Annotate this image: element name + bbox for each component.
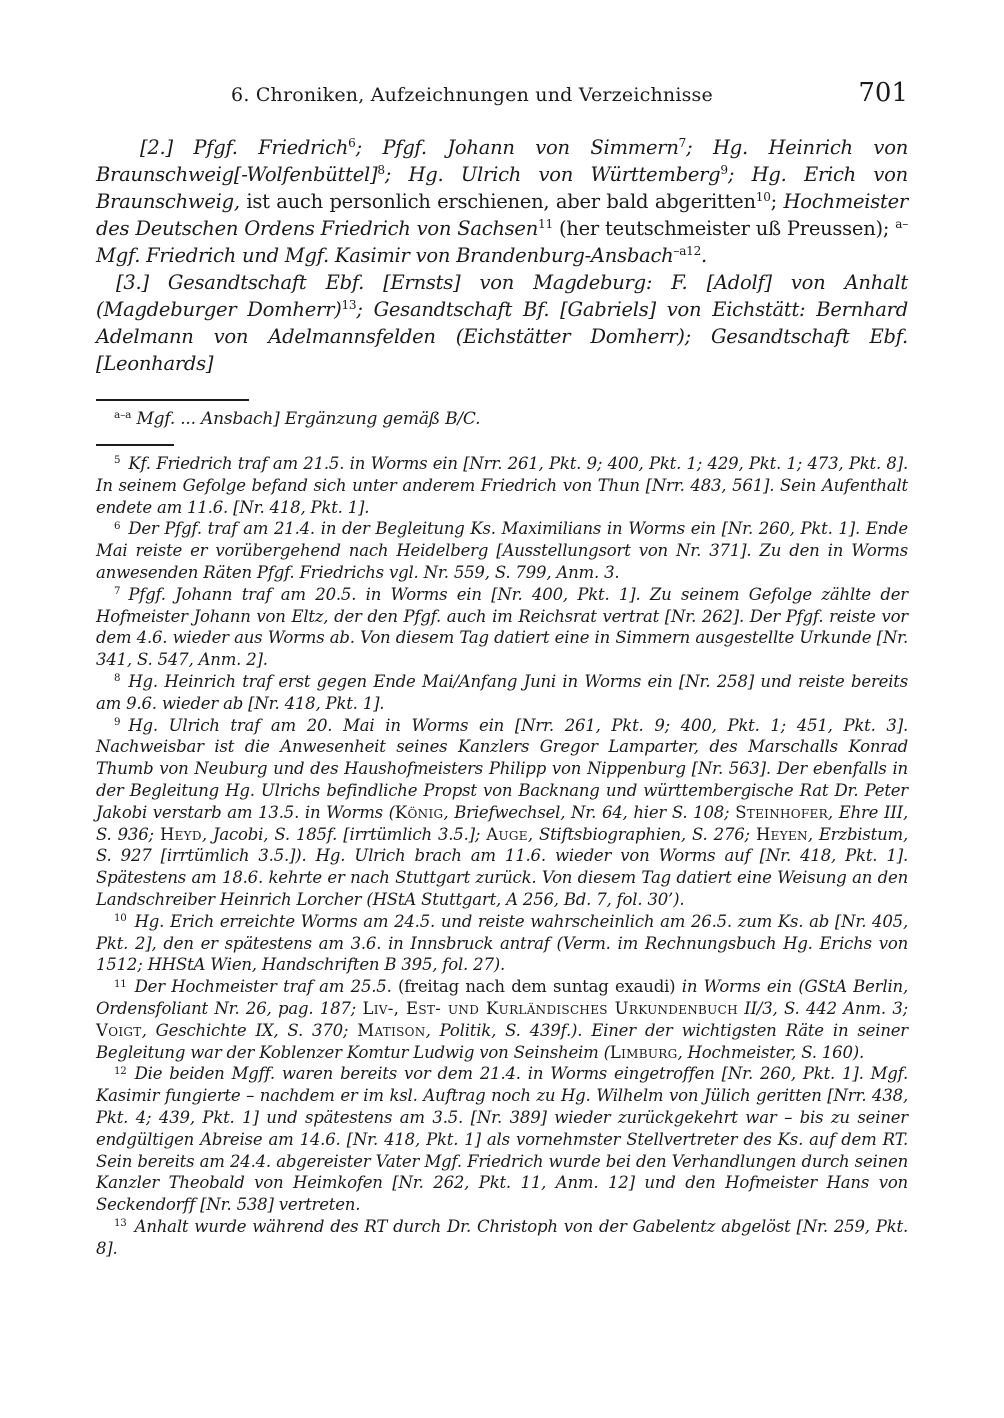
footnote-7: 7Pfgf. Johann traf am 20.5. in Worms ein…	[96, 584, 908, 671]
footnote-text: Hg. Ulrich traf am 20. Mai in Worms ein …	[96, 716, 908, 909]
footnote-marker-10: 10	[114, 913, 127, 924]
footnote-10: 10Hg. Erich erreichte Worms am 24.5. und…	[96, 911, 908, 976]
paragraph-3: [3.] Gesandtschaft Ebf. [Ernsts] von Mag…	[96, 269, 908, 377]
footnote-text: Hg. Erich erreichte Worms am 24.5. und r…	[96, 912, 908, 975]
footnote-12: 12Die beiden Mgff. waren bereits vor dem…	[96, 1063, 908, 1216]
footnote-marker-9: 9	[114, 717, 120, 728]
footnote-marker-7: 7	[114, 586, 120, 597]
footnote-marker-5: 5	[114, 455, 120, 466]
footnote-text: Kf. Friedrich traf am 21.5. in Worms ein…	[96, 454, 908, 517]
paragraph-2: [2.] Pfgf. Friedrich6; Pfgf. Johann von …	[96, 134, 908, 269]
book-page: 6. Chroniken, Aufzeichnungen und Verzeic…	[0, 0, 1004, 1418]
footnote-text: Hg. Heinrich traf erst gegen Ende Mai/An…	[96, 672, 908, 713]
footnote-6: 6Der Pfgf. traf am 21.4. in der Begleitu…	[96, 518, 908, 583]
main-text: [2.] Pfgf. Friedrich6; Pfgf. Johann von …	[96, 134, 908, 377]
footnote-rule	[96, 444, 174, 446]
apparatus-section: a–a Mgf. ... Ansbach] Ergänzung gemäß B/…	[96, 399, 908, 430]
footnote-text: Die beiden Mgff. waren bereits vor dem 2…	[96, 1064, 908, 1214]
footnote-text: Der Pfgf. traf am 21.4. in der Begleitun…	[96, 519, 908, 582]
footnote-8: 8Hg. Heinrich traf erst gegen Ende Mai/A…	[96, 671, 908, 715]
page-number: 701	[858, 78, 908, 108]
apparatus-rule	[96, 399, 249, 401]
footnote-marker-6: 6	[114, 521, 120, 532]
footnote-text: Pfgf. Johann traf am 20.5. in Worms ein …	[96, 585, 908, 669]
footnote-marker-8: 8	[114, 673, 120, 684]
running-head-title: 6. Chroniken, Aufzeichnungen und Verzeic…	[96, 84, 908, 106]
footnote-text: Anhalt wurde während des RT durch Dr. Ch…	[96, 1217, 908, 1258]
footnotes-section: 5Kf. Friedrich traf am 21.5. in Worms ei…	[96, 444, 908, 1259]
apparatus-note: a–a Mgf. ... Ansbach] Ergänzung gemäß B/…	[96, 408, 908, 430]
footnote-9: 9Hg. Ulrich traf am 20. Mai in Worms ein…	[96, 715, 908, 911]
footnote-marker-13: 13	[114, 1218, 127, 1229]
footnote-13: 13Anhalt wurde während des RT durch Dr. …	[96, 1216, 908, 1260]
running-head: 6. Chroniken, Aufzeichnungen und Verzeic…	[96, 84, 908, 118]
footnote-5: 5Kf. Friedrich traf am 21.5. in Worms ei…	[96, 453, 908, 518]
footnote-text: Der Hochmeister traf am 25.5. (freitag n…	[96, 977, 908, 1061]
footnote-marker-11: 11	[114, 979, 127, 990]
footnote-11: 11Der Hochmeister traf am 25.5. (freitag…	[96, 976, 908, 1063]
footnote-marker-12: 12	[114, 1066, 127, 1077]
